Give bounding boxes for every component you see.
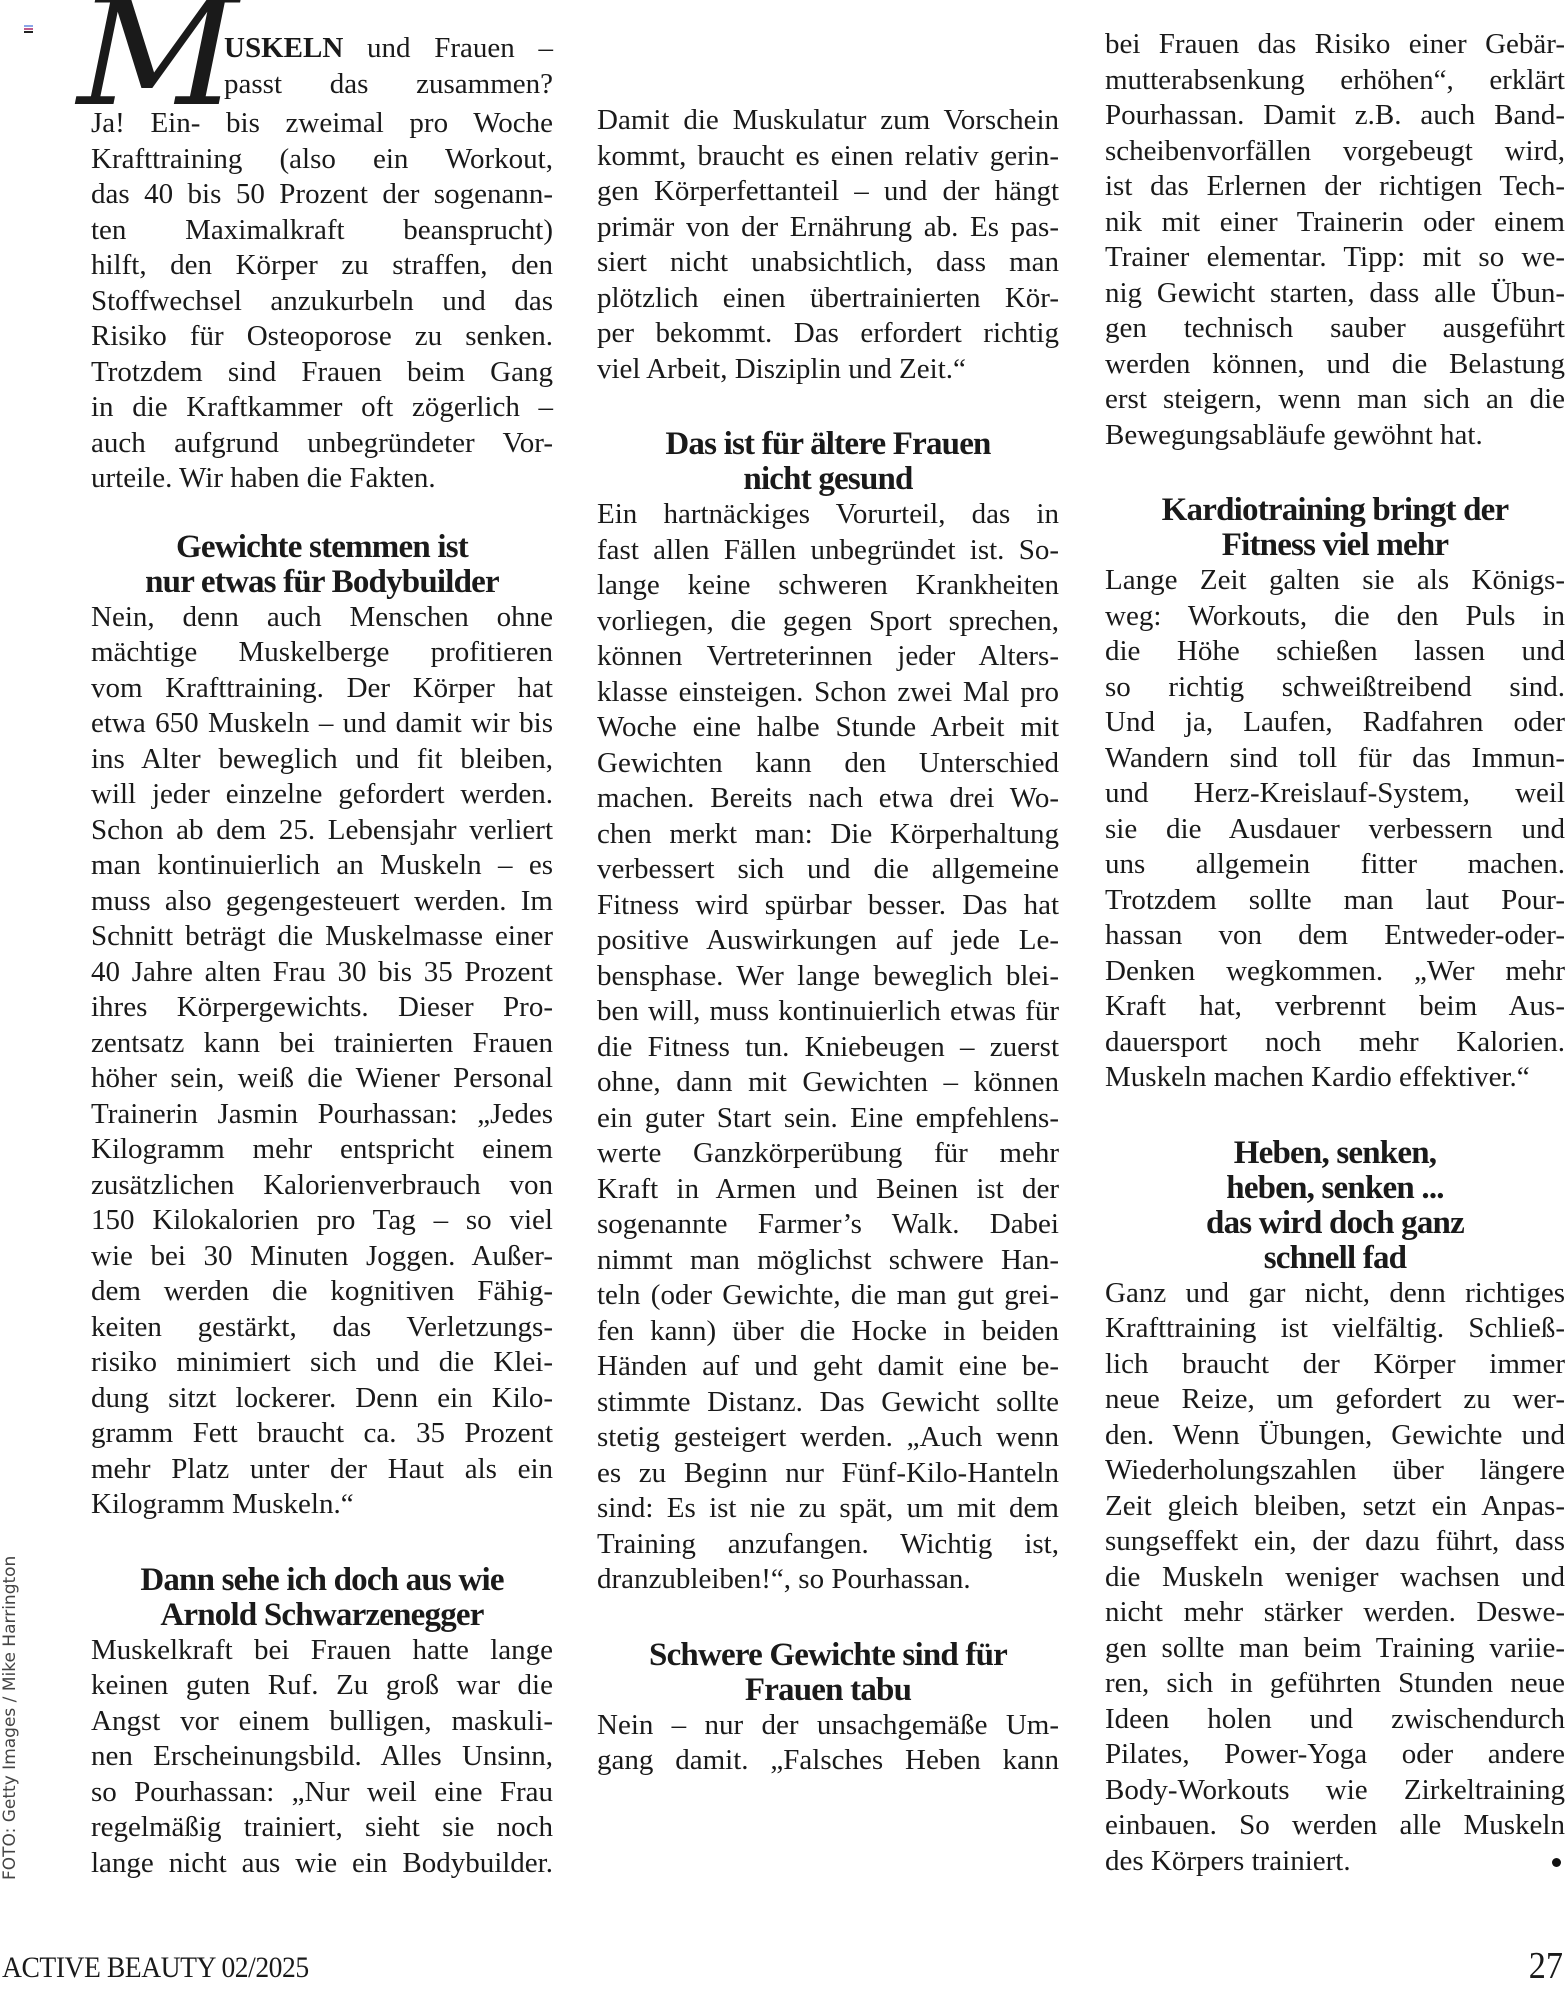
text-line: gramm Fett braucht ca. 35 Prozent — [91, 1416, 553, 1452]
section-paragraph: Nein, denn auch Menschen ohnemächtige Mu… — [91, 600, 553, 1523]
text-line: Trainerin Jasmin Pourhassan: „Jedes — [91, 1097, 553, 1133]
text-line: Woche eine halbe Stunde Arbeit mit — [597, 710, 1059, 746]
text-line: Kilogramm Muskeln.“ — [91, 1487, 553, 1523]
page-number: 27 — [1529, 1944, 1563, 1988]
text-line: Und ja, Laufen, Radfahren oder — [1105, 705, 1565, 741]
text-line: man kontinuierlich an Muskeln – es — [91, 848, 553, 884]
text-line: kommt, braucht es einen relativ gerin- — [597, 139, 1059, 175]
text-line: Muskelkraft bei Frauen hatte lange — [91, 1633, 553, 1669]
text-line: Trotzdem sollte man laut Pour- — [1105, 883, 1565, 919]
dropcap-lines: USKELN und Frauen – passt das zusammen? — [224, 31, 553, 102]
column-3: bei Frauen das Risiko einer Gebär-mutter… — [1105, 27, 1565, 1879]
section-continuation: bei Frauen das Risiko einer Gebär-mutter… — [1105, 27, 1565, 453]
text-line: nicht mehr stärker werden. Deswe- — [1105, 1595, 1565, 1631]
section-paragraph: Nein – nur der unsachgemäße Um-gang dami… — [597, 1708, 1059, 1779]
text-line: chen merkt man: Die Körperhaltung — [597, 817, 1059, 853]
column-1: M USKELN und Frauen – passt das zusammen… — [91, 0, 553, 1881]
intro-paragraph: Ja! Ein- bis zweimal pro Woche Krafttrai… — [91, 106, 553, 497]
text-line: will jeder einzelne gefordert werden. — [91, 777, 553, 813]
text-line: lange nicht aus wie ein Bodybuilder. — [91, 1846, 553, 1882]
text-line: dranzubleiben!“, so Pourhassan. — [597, 1562, 1059, 1598]
intro-line: hilft, den Körper zu straffen, den — [91, 248, 553, 284]
text-line: regelmäßig trainiert, sieht sie noch — [91, 1810, 553, 1846]
text-line: bensphase. Wer lange beweglich blei- — [597, 959, 1059, 995]
magazine-page: FOTO: Getty Images / Mike Harrington M U… — [0, 0, 1567, 2000]
text-line: hassan von dem Entweder-oder- — [1105, 918, 1565, 954]
text-line: vom Krafttraining. Der Körper hat — [91, 671, 553, 707]
intro-line: Risiko für Osteoporose zu senken. — [91, 319, 553, 355]
text-line: gen sollte man beim Training variie- — [1105, 1631, 1565, 1667]
section-heading: Das ist für ältere Frauen nicht gesund — [597, 427, 1059, 497]
text-line: Schon ab dem 25. Lebensjahr verliert — [91, 813, 553, 849]
text-line: Gewichten kann den Unterschied — [597, 746, 1059, 782]
section-paragraph: Ein hartnäckiges Vorurteil, das infast a… — [597, 497, 1059, 1598]
text-line: die Muskeln weniger wachsen und — [1105, 1560, 1565, 1596]
text-line: Wandern sind toll für das Immun- — [1105, 741, 1565, 777]
text-line: klasse einsteigen. Schon zwei Mal pro — [597, 675, 1059, 711]
text-line: Lange Zeit galten sie als Königs- — [1105, 563, 1565, 599]
text-line: per bekommt. Das erfordert richtig — [597, 316, 1059, 352]
text-line: vorliegen, die gegen Sport sprechen, — [597, 604, 1059, 640]
marker-stripe-magenta — [24, 28, 33, 30]
text-line: ein guter Start sein. Eine empfehlens- — [597, 1101, 1059, 1137]
text-line: uns allgemein fitter machen. — [1105, 847, 1565, 883]
text-line: Händen auf und geht damit eine be- — [597, 1349, 1059, 1385]
text-line: ben will, muss kontinuierlich etwas für — [597, 994, 1059, 1030]
text-line: Fitness wird spürbar besser. Das hat — [597, 888, 1059, 924]
text-line: nik mit einer Trainerin oder einem — [1105, 205, 1565, 241]
text-line: keiten gestärkt, das Verletzungs- — [91, 1310, 553, 1346]
text-line: Training anzufangen. Wichtig ist, — [597, 1527, 1059, 1563]
text-line: scheibenvorfällen vorgebeugt wird, — [1105, 134, 1565, 170]
text-line: weg: Workouts, die den Puls in — [1105, 599, 1565, 635]
text-line: Damit die Muskulatur zum Vorschein — [597, 103, 1059, 139]
text-line: 40 Jahre alten Frau 30 bis 35 Prozent — [91, 955, 553, 991]
text-line: Kraft hat, verbrennt beim Aus- — [1105, 989, 1565, 1025]
text-line: Ein hartnäckiges Vorurteil, das in — [597, 497, 1059, 533]
marker-stripe-black — [24, 31, 33, 33]
text-line: siert nicht unabsichtlich, dass man — [597, 245, 1059, 281]
text-line: Pourhassan. Damit z.B. auch Band- — [1105, 98, 1565, 134]
text-line: und Herz-Kreislauf-System, weil — [1105, 776, 1565, 812]
text-line: sungseffekt ein, der dazu führt, dass — [1105, 1524, 1565, 1560]
text-line: Body-Workouts wie Zirkeltraining — [1105, 1773, 1565, 1809]
text-line: Nein – nur der unsachgemäße Um- — [597, 1708, 1059, 1744]
text-line: viel Arbeit, Disziplin und Zeit.“ — [597, 352, 1059, 388]
text-line: sie die Ausdauer verbessern und — [1105, 812, 1565, 848]
text-line: ohne, dann mit Gewichten – können — [597, 1065, 1059, 1101]
text-line: Muskeln machen Kardio effektiver.“ — [1105, 1060, 1565, 1096]
text-line: gang damit. „Falsches Heben kann — [597, 1743, 1059, 1779]
text-line: Schnitt beträgt die Muskelmasse einer — [91, 919, 553, 955]
section-continuation: Damit die Muskulatur zum Vorscheinkommt,… — [597, 103, 1059, 387]
text-line: bei Frauen das Risiko einer Gebär- — [1105, 27, 1565, 63]
text-line: Trainer elementar. Tipp: mit so we- — [1105, 240, 1565, 276]
dropcap-letter: M — [77, 0, 238, 128]
text-line: zusätzlichen Kalorienverbrauch von — [91, 1168, 553, 1204]
text-line: Zeit gleich bleiben, setzt ein Anpas- — [1105, 1489, 1565, 1525]
text-line: Wiederholungszahlen über längere — [1105, 1453, 1565, 1489]
text-line: ins Alter beweglich und fit bleiben, — [91, 742, 553, 778]
intro-line: auch aufgrund unbegründeter Vor- — [91, 426, 553, 462]
text-line: nen Erscheinungsbild. Alles Unsinn, — [91, 1739, 553, 1775]
text-line: verbessert sich und die allgemeine — [597, 852, 1059, 888]
text-line: die Fitness tun. Kniebeugen – zuerst — [597, 1030, 1059, 1066]
text-line: lich braucht der Körper immer — [1105, 1347, 1565, 1383]
text-line: plötzlich einen übertrainierten Kör- — [597, 281, 1059, 317]
text-line: zentsatz kann bei trainierten Frauen — [91, 1026, 553, 1062]
marker-stripe-blue — [24, 25, 33, 27]
text-line: sind: Es ist nie zu spät, um mit dem — [597, 1491, 1059, 1527]
text-line: des Körpers trainiert. — [1105, 1844, 1565, 1880]
photo-credit: FOTO: Getty Images / Mike Harrington — [0, 1556, 20, 1880]
text-line: stetig gesteigert werden. „Auch wenn — [597, 1420, 1059, 1456]
text-line: nig Gewicht starten, dass alle Übun- — [1105, 276, 1565, 312]
text-line: Pilates, Power-Yoga oder andere — [1105, 1737, 1565, 1773]
text-line: sogenannte Farmer’s Walk. Dabei — [597, 1207, 1059, 1243]
text-line: positive Auswirkungen auf jede Le- — [597, 923, 1059, 959]
footer-publication: ACTIVE BEAUTY 02/2025 — [2, 1951, 309, 1985]
text-line: lange keine schweren Krankheiten — [597, 568, 1059, 604]
text-line: Denken wegkommen. „Wer mehr — [1105, 954, 1565, 990]
end-of-article-bullet-icon — [1552, 1858, 1561, 1867]
text-line: 150 Kilokalorien pro Tag – so viel — [91, 1203, 553, 1239]
text-line: teln (oder Gewichte, die man gut grei- — [597, 1278, 1059, 1314]
text-line: wie bei 30 Minuten Joggen. Außer- — [91, 1239, 553, 1275]
intro-line: Stoffwechsel anzukurbeln und das — [91, 284, 553, 320]
intro-line: das 40 bis 50 Prozent der sogenann- — [91, 177, 553, 213]
text-line: ren, sich in geführten Stunden neue — [1105, 1666, 1565, 1702]
intro-line: Trotzdem sind Frauen beim Gang — [91, 355, 553, 391]
text-line: dem werden die kognitiven Fähig- — [91, 1274, 553, 1310]
text-line: werte Ganzkörperübung für mehr — [597, 1136, 1059, 1172]
text-line: gen Körperfettanteil – und der hängt — [597, 174, 1059, 210]
text-line: Krafttraining ist vielfältig. Schließ- — [1105, 1311, 1565, 1347]
text-line: können Vertreterinnen jeder Alters- — [597, 639, 1059, 675]
text-line: ist das Erlernen der richtigen Tech- — [1105, 169, 1565, 205]
text-line: gen technisch sauber ausgeführt — [1105, 311, 1565, 347]
text-line: höher sein, weiß die Wiener Personal — [91, 1061, 553, 1097]
text-line: einbauen. So werden alle Muskeln — [1105, 1808, 1565, 1844]
text-line: dung sitzt lockerer. Denn ein Kilo- — [91, 1381, 553, 1417]
text-line: Ganz und gar nicht, denn richtiges — [1105, 1276, 1565, 1312]
intro-line: ten Maximalkraft beansprucht) — [91, 213, 553, 249]
text-line: mehr Platz unter der Haut als ein — [91, 1452, 553, 1488]
section-heading: Kardiotraining bringt der Fitness viel m… — [1105, 493, 1565, 563]
intro-line: passt das zusammen? — [224, 67, 553, 103]
text-line: so richtig schweißtreibend sind. — [1105, 670, 1565, 706]
text-line: Ideen holen und zwischendurch — [1105, 1702, 1565, 1738]
text-line: keinen guten Ruf. Zu groß war die — [91, 1668, 553, 1704]
text-line: Kraft in Armen und Beinen ist der — [597, 1172, 1059, 1208]
section-heading: Heben, senken, heben, senken ... das wir… — [1105, 1136, 1565, 1276]
text-line: Kilogramm mehr entspricht einem — [91, 1132, 553, 1168]
section-paragraph: Muskelkraft bei Frauen hatte langekeinen… — [91, 1633, 553, 1882]
text-line: etwa 650 Muskeln – und damit wir bis — [91, 706, 553, 742]
lead-caps: USKELN — [224, 32, 343, 64]
intro-line: USKELN und Frauen – — [224, 31, 553, 67]
text-line: werden können, und die Belastung — [1105, 347, 1565, 383]
intro-line: Krafttraining (also ein Workout, — [91, 142, 553, 178]
color-marker-icon — [24, 25, 33, 34]
text-line: stimmte Distanz. Das Gewicht sollte — [597, 1385, 1059, 1421]
section-heading: Dann sehe ich doch aus wie Arnold Schwar… — [91, 1563, 553, 1633]
text-line: mächtige Muskelberge profitieren — [91, 635, 553, 671]
text-line: fast allen Fällen unbegründet ist. So- — [597, 533, 1059, 569]
text-line: Angst vor einem bulligen, maskuli- — [91, 1704, 553, 1740]
section-heading: Gewichte stemmen ist nur etwas für Bodyb… — [91, 530, 553, 600]
section-heading: Schwere Gewichte sind für Frauen tabu — [597, 1638, 1059, 1708]
intro-line: urteile. Wir haben die Fakten. — [91, 461, 553, 497]
text-line: die Höhe schießen lassen und — [1105, 634, 1565, 670]
section-paragraph: Lange Zeit galten sie als Königs-weg: Wo… — [1105, 563, 1565, 1096]
text-line: neue Reize, um gefordert zu wer- — [1105, 1382, 1565, 1418]
text-line: so Pourhassan: „Nur weil eine Frau — [91, 1775, 553, 1811]
text-line: dauersport noch mehr Kalorien. — [1105, 1025, 1565, 1061]
column-2: Damit die Muskulatur zum Vorscheinkommt,… — [597, 103, 1059, 1779]
text-line: risiko minimiert sich und die Klei- — [91, 1345, 553, 1381]
intro-line: in die Kraftkammer oft zögerlich – — [91, 390, 553, 426]
text-line: Nein, denn auch Menschen ohne — [91, 600, 553, 636]
text-line: erst steigern, wenn man sich an die — [1105, 382, 1565, 418]
text-line: fen kann) über die Hocke in beiden — [597, 1314, 1059, 1350]
section-paragraph: Ganz und gar nicht, denn richtigesKraftt… — [1105, 1276, 1565, 1880]
text-line: nimmt man möglichst schwere Han- — [597, 1243, 1059, 1279]
text-line: machen. Bereits nach etwa drei Wo- — [597, 781, 1059, 817]
text-line: primär von der Ernährung ab. Es pas- — [597, 210, 1059, 246]
text-line: es zu Beginn nur Fünf-Kilo-Hanteln — [597, 1456, 1059, 1492]
text-line: mutterabsenkung erhöhen“, erklärt — [1105, 63, 1565, 99]
text-line: ihres Körpergewichts. Dieser Pro- — [91, 990, 553, 1026]
text-line: Bewegungsabläufe gewöhnt hat. — [1105, 418, 1565, 454]
text-line: muss also gegengesteuert werden. Im — [91, 884, 553, 920]
text-line: den. Wenn Übungen, Gewichte und — [1105, 1418, 1565, 1454]
intro-dropcap-block: M USKELN und Frauen – passt das zusammen… — [91, 0, 553, 106]
